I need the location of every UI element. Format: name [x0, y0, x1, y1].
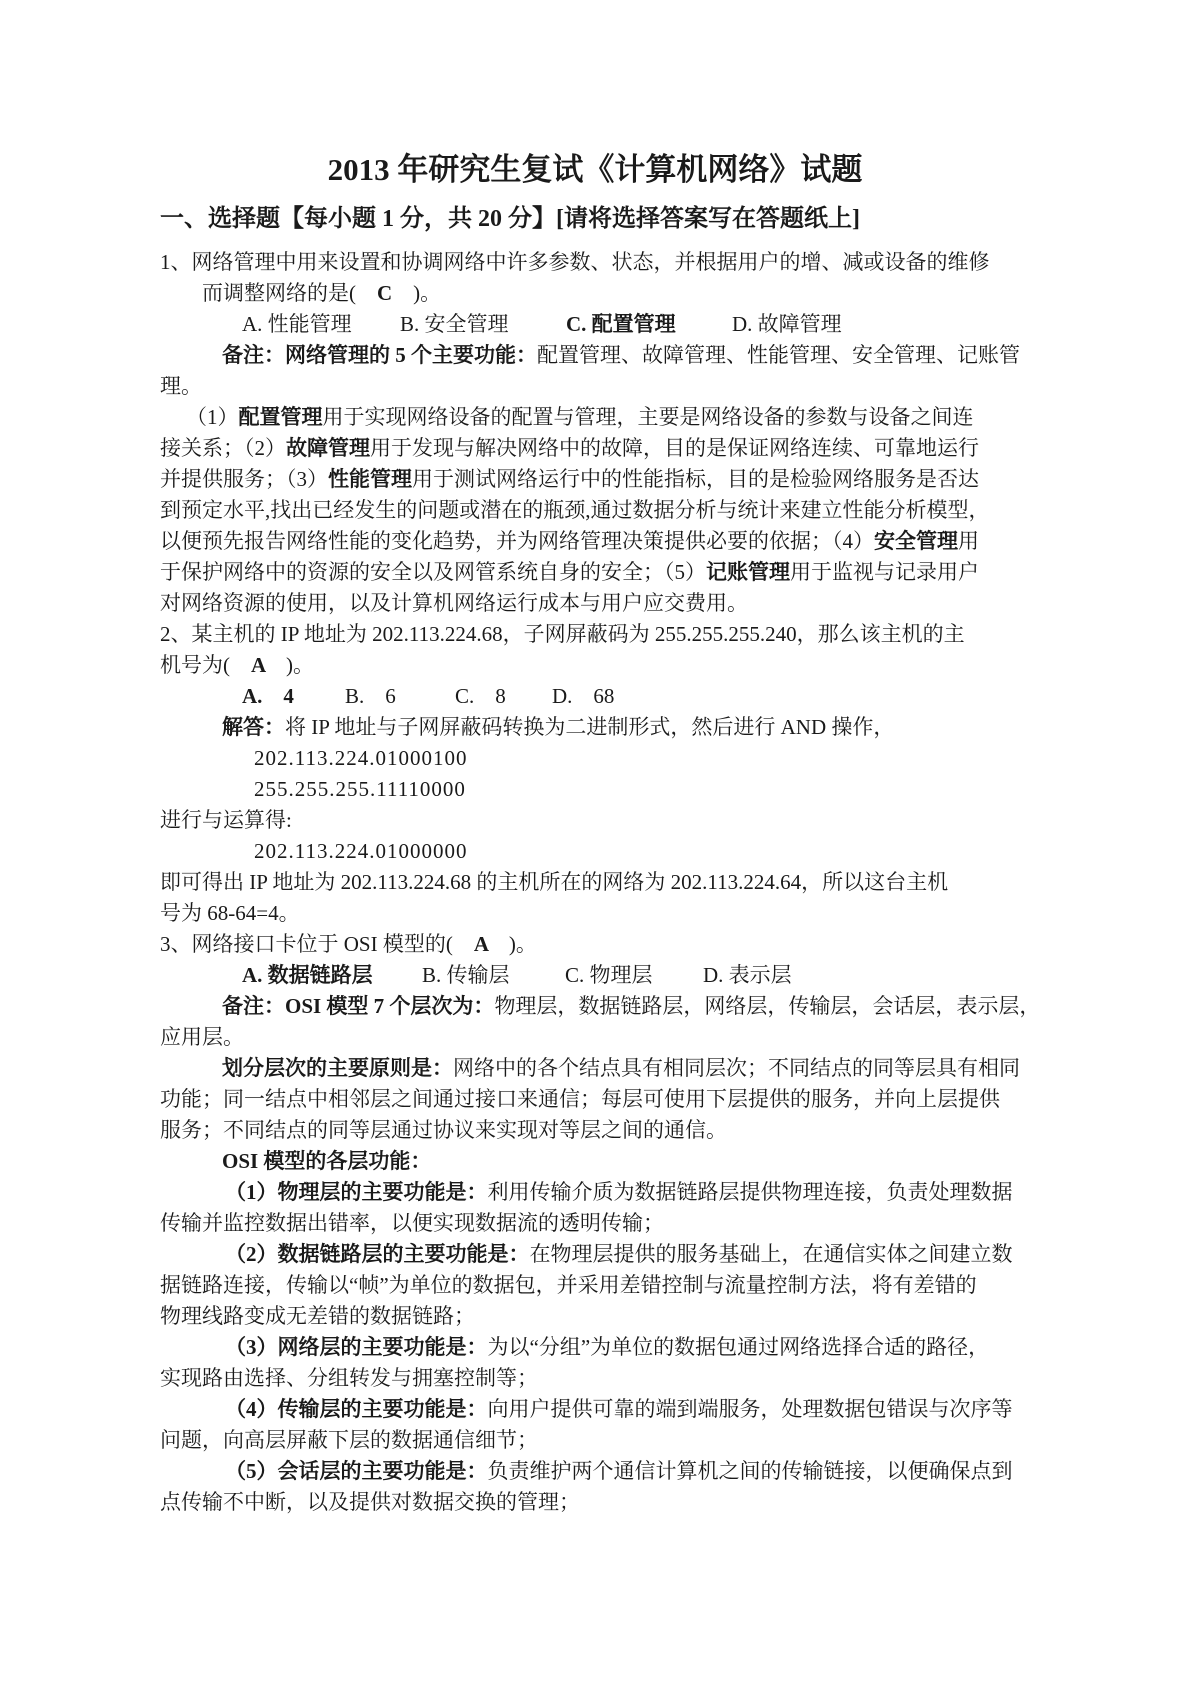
text-segment: 1、网络管理中用来设置和协调网络中许多参数、状态，并根据用户的增、减或设备的维修 — [160, 250, 990, 274]
text-segment: 用于实现网络设备的配置与管理，主要是网络设备的参数与设备之间连 — [323, 405, 974, 429]
text-line: 划分层次的主要原则是：网络中的各个结点具有相同层次；不同结点的同等层具有相同 — [222, 1053, 1060, 1084]
text-segment: 应用层。 — [160, 1025, 244, 1049]
answer-option: A. 4 — [242, 681, 345, 712]
text-segment: 用于测试网络运行中的性能指标，目的是检验网络服务是否达 — [412, 467, 979, 491]
text-segment: )。 — [413, 281, 441, 305]
text-segment: 传输并监控数据出错率，以便实现数据流的透明传输； — [160, 1211, 664, 1235]
text-line: 服务；不同结点的同等层通过协议来实现对等层之间的通信。 — [160, 1115, 1060, 1146]
text-segment: （3）网络层的主要功能是： — [225, 1335, 488, 1359]
text-line: 1、网络管理中用来设置和协调网络中许多参数、状态，并根据用户的增、减或设备的维修 — [160, 247, 1060, 278]
text-segment: 机号为( — [160, 653, 230, 677]
text-line: 传输并监控数据出错率，以便实现数据流的透明传输； — [160, 1208, 1060, 1239]
text-segment: （5）会话层的主要功能是： — [225, 1459, 488, 1483]
options-row-q2: A. 4B. 6C. 8D. 68 — [242, 681, 1060, 712]
text-segment: 202.113.224.01000100 — [254, 746, 467, 770]
text-line: （5）会话层的主要功能是：负责维护两个通信计算机之间的传输链接，以便确保点到 — [225, 1456, 1060, 1487]
text-segment: 于保护网络中的资源的安全以及网管系统自身的安全；（5） — [160, 560, 706, 584]
text-line: （1）物理层的主要功能是：利用传输介质为数据链路层提供物理连接，负责处理数据 — [225, 1177, 1060, 1208]
text-segment: 备注：OSI 模型 7 个层次为： — [222, 994, 494, 1018]
answer-option: C. 配置管理 — [566, 309, 732, 340]
exam-document-page: 2013 年研究生复试《计算机网络》试题 一、选择题【每小题 1 分，共 20 … — [0, 0, 1190, 1683]
text-segment: 为以“分组”为单位的数据包通过网络选择合适的路径， — [488, 1335, 990, 1359]
text-segment: 物理线路变成无差错的数据链路； — [160, 1304, 475, 1328]
section-heading: 一、选择题【每小题 1 分，共 20 分】[请将选择答案写在答题纸上] — [160, 201, 860, 237]
text-segment: A — [230, 653, 286, 677]
text-segment: 号为 68-64=4。 — [160, 901, 300, 925]
text-line: （4）传输层的主要功能是：向用户提供可靠的端到端服务，处理数据包错误与次序等 — [225, 1394, 1060, 1425]
text-line: 3、网络接口卡位于 OSI 模型的( A )。 — [160, 929, 1060, 960]
text-line: （1）配置管理用于实现网络设备的配置与管理，主要是网络设备的参数与设备之间连 — [186, 402, 1060, 433]
text-line: 202.113.224.01000000 — [254, 836, 1060, 867]
text-segment: 即可得出 IP 地址为 202.113.224.68 的主机所在的网络为 202… — [160, 870, 948, 894]
answer-option: D. 68 — [552, 681, 614, 712]
text-segment: 功能；同一结点中相邻层之间通过接口来通信；每层可使用下层提供的服务，并向上层提供 — [160, 1087, 1000, 1111]
answer-option: D. 表示层 — [703, 960, 792, 991]
text-segment: 配置管理 — [239, 405, 323, 429]
text-segment: 解答： — [222, 715, 285, 739]
text-line: 并提供服务；（3）性能管理用于测试网络运行中的性能指标，目的是检验网络服务是否达 — [160, 464, 1060, 495]
text-segment: 在物理层提供的服务基础上，在通信实体之间建立数 — [530, 1242, 1013, 1266]
text-segment: C — [356, 281, 413, 305]
text-segment: 2、某主机的 IP 地址为 202.113.224.68，子网屏蔽码为 255.… — [160, 622, 965, 646]
text-line: （3）网络层的主要功能是：为以“分组”为单位的数据包通过网络选择合适的路径， — [225, 1332, 1060, 1363]
text-segment: 3、网络接口卡位于 OSI 模型的( — [160, 932, 453, 956]
text-segment: 而调整网络的是( — [202, 281, 356, 305]
text-segment: 性能管理 — [328, 467, 412, 491]
text-segment: 问题，向高层屏蔽下层的数据通信细节； — [160, 1428, 538, 1452]
text-segment: （4）传输层的主要功能是： — [225, 1397, 488, 1421]
text-segment: 向用户提供可靠的端到端服务，处理数据包错误与次序等 — [488, 1397, 1013, 1421]
page-title: 2013 年研究生复试《计算机网络》试题 — [0, 150, 1190, 190]
text-segment: 以便预先报告网络性能的变化趋势，并为网络管理决策提供必要的依据；（4） — [160, 529, 874, 553]
text-segment: 对网络资源的使用，以及计算机网络运行成本与用户应交费用。 — [160, 591, 748, 615]
text-line: 据链路连接，传输以“帧”为单位的数据包，并采用差错控制与流量控制方法，将有差错的 — [160, 1270, 1060, 1301]
text-line: 即可得出 IP 地址为 202.113.224.68 的主机所在的网络为 202… — [160, 867, 1060, 898]
text-line: 2、某主机的 IP 地址为 202.113.224.68，子网屏蔽码为 255.… — [160, 619, 1060, 650]
text-segment: 并提供服务；（3） — [160, 467, 328, 491]
text-segment: 负责维护两个通信计算机之间的传输链接，以便确保点到 — [488, 1459, 1013, 1483]
answer-option: B. 传输层 — [422, 960, 565, 991]
text-line: 号为 68-64=4。 — [160, 898, 1060, 929]
text-segment: 配置管理、故障管理、性能管理、安全管理、记账管 — [537, 343, 1020, 367]
answer-option: A. 性能管理 — [242, 309, 400, 340]
text-segment: 点传输不中断，以及提供对数据交换的管理； — [160, 1490, 580, 1514]
text-segment: 记账管理 — [706, 560, 790, 584]
text-segment: A — [453, 932, 509, 956]
answer-option: C. 8 — [455, 681, 552, 712]
text-line: 理。 — [160, 371, 1060, 402]
answer-option: D. 故障管理 — [732, 309, 842, 340]
text-line: 以便预先报告网络性能的变化趋势，并为网络管理决策提供必要的依据；（4）安全管理用 — [160, 526, 1060, 557]
text-segment: 用 — [958, 529, 979, 553]
text-segment: （2）数据链路层的主要功能是： — [225, 1242, 530, 1266]
text-line: 接关系；（2）故障管理用于发现与解决网络中的故障，目的是保证网络连续、可靠地运行 — [160, 433, 1060, 464]
text-segment: 实现路由选择、分组转发与拥塞控制等； — [160, 1366, 538, 1390]
options-row-q1: A. 性能管理B. 安全管理C. 配置管理D. 故障管理 — [242, 309, 1060, 340]
options-row-q3: A. 数据链路层B. 传输层C. 物理层D. 表示层 — [242, 960, 1060, 991]
text-line: 物理线路变成无差错的数据链路； — [160, 1301, 1060, 1332]
text-segment: 理。 — [160, 374, 202, 398]
answer-option: A. 数据链路层 — [242, 960, 422, 991]
text-segment: 故障管理 — [286, 436, 370, 460]
text-segment: 安全管理 — [874, 529, 958, 553]
text-segment: 据链路连接，传输以“帧”为单位的数据包，并采用差错控制与流量控制方法，将有差错的 — [160, 1273, 977, 1297]
answer-option: B. 6 — [345, 681, 455, 712]
text-line: 功能；同一结点中相邻层之间通过接口来通信；每层可使用下层提供的服务，并向上层提供 — [160, 1084, 1060, 1115]
text-segment: 到预定水平,找出已经发生的问题或潜在的瓶颈,通过数据分析与统计来建立性能分析模型… — [160, 498, 990, 522]
text-line: 而调整网络的是( C )。 — [202, 278, 1060, 309]
text-line: 进行与运算得: — [160, 805, 1060, 836]
text-segment: 202.113.224.01000000 — [254, 839, 467, 863]
text-segment: （1） — [186, 405, 239, 429]
answer-option: B. 安全管理 — [400, 309, 566, 340]
text-line: 点传输不中断，以及提供对数据交换的管理； — [160, 1487, 1060, 1518]
text-segment: 用于发现与解决网络中的故障，目的是保证网络连续、可靠地运行 — [370, 436, 979, 460]
text-line: （2）数据链路层的主要功能是：在物理层提供的服务基础上，在通信实体之间建立数 — [225, 1239, 1060, 1270]
text-line: 备注：网络管理的 5 个主要功能：配置管理、故障管理、性能管理、安全管理、记账管 — [222, 340, 1060, 371]
text-line: 应用层。 — [160, 1022, 1060, 1053]
text-line: 202.113.224.01000100 — [254, 743, 1060, 774]
text-segment: 划分层次的主要原则是： — [222, 1056, 453, 1080]
text-line: 于保护网络中的资源的安全以及网管系统自身的安全；（5）记账管理用于监视与记录用户 — [160, 557, 1060, 588]
text-segment: 255.255.255.11110000 — [254, 777, 466, 801]
text-line: OSI 模型的各层功能： — [222, 1146, 1060, 1177]
text-segment: 物理层，数据链路层，网络层，传输层，会话层，表示层， — [494, 994, 1040, 1018]
text-segment: 网络中的各个结点具有相同层次；不同结点的同等层具有相同 — [453, 1056, 1020, 1080]
text-line: 对网络资源的使用，以及计算机网络运行成本与用户应交费用。 — [160, 588, 1060, 619]
text-line: 到预定水平,找出已经发生的问题或潜在的瓶颈,通过数据分析与统计来建立性能分析模型… — [160, 495, 1060, 526]
document-body: 1、网络管理中用来设置和协调网络中许多参数、状态，并根据用户的增、减或设备的维修… — [160, 247, 1060, 1518]
text-line: 问题，向高层屏蔽下层的数据通信细节； — [160, 1425, 1060, 1456]
text-segment: OSI 模型的各层功能： — [222, 1149, 431, 1173]
text-line: 255.255.255.11110000 — [254, 774, 1060, 805]
text-line: 解答：将 IP 地址与子网屏蔽码转换为二进制形式，然后进行 AND 操作， — [222, 712, 1060, 743]
text-segment: 接关系；（2） — [160, 436, 286, 460]
text-segment: 进行与运算得: — [160, 808, 292, 832]
text-segment: 将 IP 地址与子网屏蔽码转换为二进制形式，然后进行 AND 操作， — [285, 715, 894, 739]
answer-option: C. 物理层 — [565, 960, 703, 991]
text-segment: 服务；不同结点的同等层通过协议来实现对等层之间的通信。 — [160, 1118, 727, 1142]
text-segment: 备注：网络管理的 5 个主要功能： — [222, 343, 537, 367]
text-segment: )。 — [509, 932, 537, 956]
text-line: 备注：OSI 模型 7 个层次为：物理层，数据链路层，网络层，传输层，会话层，表… — [222, 991, 1060, 1022]
text-line: 机号为( A )。 — [160, 650, 1060, 681]
text-segment: 用于监视与记录用户 — [790, 560, 979, 584]
text-line: 实现路由选择、分组转发与拥塞控制等； — [160, 1363, 1060, 1394]
text-segment: )。 — [286, 653, 314, 677]
text-segment: 利用传输介质为数据链路层提供物理连接，负责处理数据 — [488, 1180, 1013, 1204]
text-segment: （1）物理层的主要功能是： — [225, 1180, 488, 1204]
